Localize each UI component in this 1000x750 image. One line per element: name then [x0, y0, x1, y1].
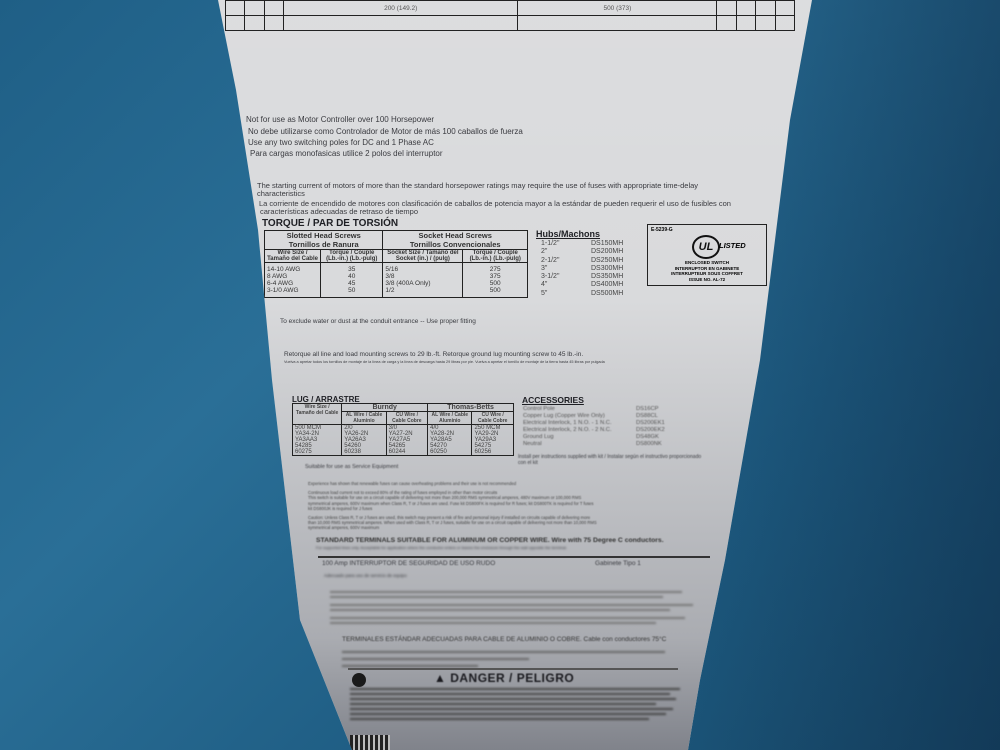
- switching-note-es: Para cargas monofasicas utilice 2 polos …: [250, 149, 443, 158]
- list-item: 5"DS500MH: [541, 290, 623, 298]
- section-divider: [318, 556, 710, 558]
- starting-current-en: The starting current of motors of more t…: [257, 181, 698, 190]
- torque-rows: 14-10 AWG8 AWG6-4 AWG3-1/0 AWG 35404550 …: [265, 263, 528, 298]
- ul-logo-icon: UL: [692, 235, 720, 259]
- lug-rows: 500 MCMYA34-2NYA3AA35428560275 2/0YA26-2…: [293, 425, 514, 456]
- danger-heading: ▲ DANGER / PELIGRO: [434, 671, 574, 685]
- list-item: 3-1/2"DS350MH: [541, 273, 623, 281]
- motor-note-en: Not for use as Motor Controller over 100…: [246, 115, 434, 124]
- table-row: [226, 16, 795, 31]
- hubs-title: Hubs/Machons: [536, 230, 600, 239]
- list-item: 2"DS200MH: [541, 248, 623, 256]
- conduit-footnote: To exclude water or dust at the conduit …: [280, 317, 476, 326]
- cabinet-type: Gabinete Tipo 1: [595, 559, 641, 568]
- list-item: Copper Lug (Copper Wire Only)DS88CL: [523, 413, 665, 420]
- list-item: Electrical Interlock, 2 N.O. - 2 N.C.DS2…: [523, 427, 665, 434]
- list-item: Control PoleDS16CP: [523, 406, 665, 413]
- spanish-header: 100 Amp INTERRUPTOR DE SEGURIDAD DE USO …: [322, 559, 495, 568]
- torque-table: Slotted Head ScrewsTornillos de Ranura S…: [264, 230, 528, 298]
- service-equipment-note: Suitable for use as Service Equipment: [305, 463, 398, 472]
- table-row: 200 (149.2) 500 (373): [226, 1, 795, 16]
- top-rating-table: 200 (149.2) 500 (373): [225, 0, 795, 31]
- list-item: 3"DS300MH: [541, 265, 623, 273]
- list-item: NeutralDS800NK: [523, 441, 665, 448]
- hubs-list: 1-1/2"DS150MH 2"DS200MH 2-1/2"DS250MH 3"…: [541, 240, 623, 298]
- lug-table: Wire Size / Tamaño del Cable Burndy Thom…: [292, 403, 514, 456]
- spanish-fine-print: [330, 588, 700, 627]
- danger-fine-print: [350, 686, 690, 723]
- motor-note-es: No debe utilizarse como Controlador de M…: [248, 127, 523, 136]
- list-item: 1-1/2"DS150MH: [541, 240, 623, 248]
- switching-note-en: Use any two switching poles for DC and 1…: [248, 138, 434, 147]
- spanish-terminals-note: TERMINALES ESTÁNDAR ADECUADAS PARA CABLE…: [342, 635, 666, 644]
- accessories-note: Install per instructions supplied with k…: [518, 454, 708, 466]
- accessories-list: Control PoleDS16CP Copper Lug (Copper Wi…: [523, 406, 665, 448]
- barcode-icon: [350, 735, 390, 750]
- list-item: 2-1/2"DS250MH: [541, 257, 623, 265]
- list-item: Electrical Interlock, 1 N.O. - 1 N.C.DS2…: [523, 420, 665, 427]
- hazard-symbol-icon: [352, 673, 366, 687]
- retorque-es: Vuelva a apretar todos los tornillos de …: [284, 358, 605, 367]
- ul-listing-box: E-5239-G UL LISTED ENCLOSED SWITCHINTERR…: [647, 224, 767, 286]
- list-item: Ground LugDS48GK: [523, 434, 665, 441]
- fine-print: Experience has shown that renewable fuse…: [308, 481, 597, 531]
- list-item: 4"DS400MH: [541, 281, 623, 289]
- accessories-title: ACCESSORIES: [522, 396, 584, 405]
- torque-title: TORQUE / PAR DE TORSIÓN: [262, 218, 398, 229]
